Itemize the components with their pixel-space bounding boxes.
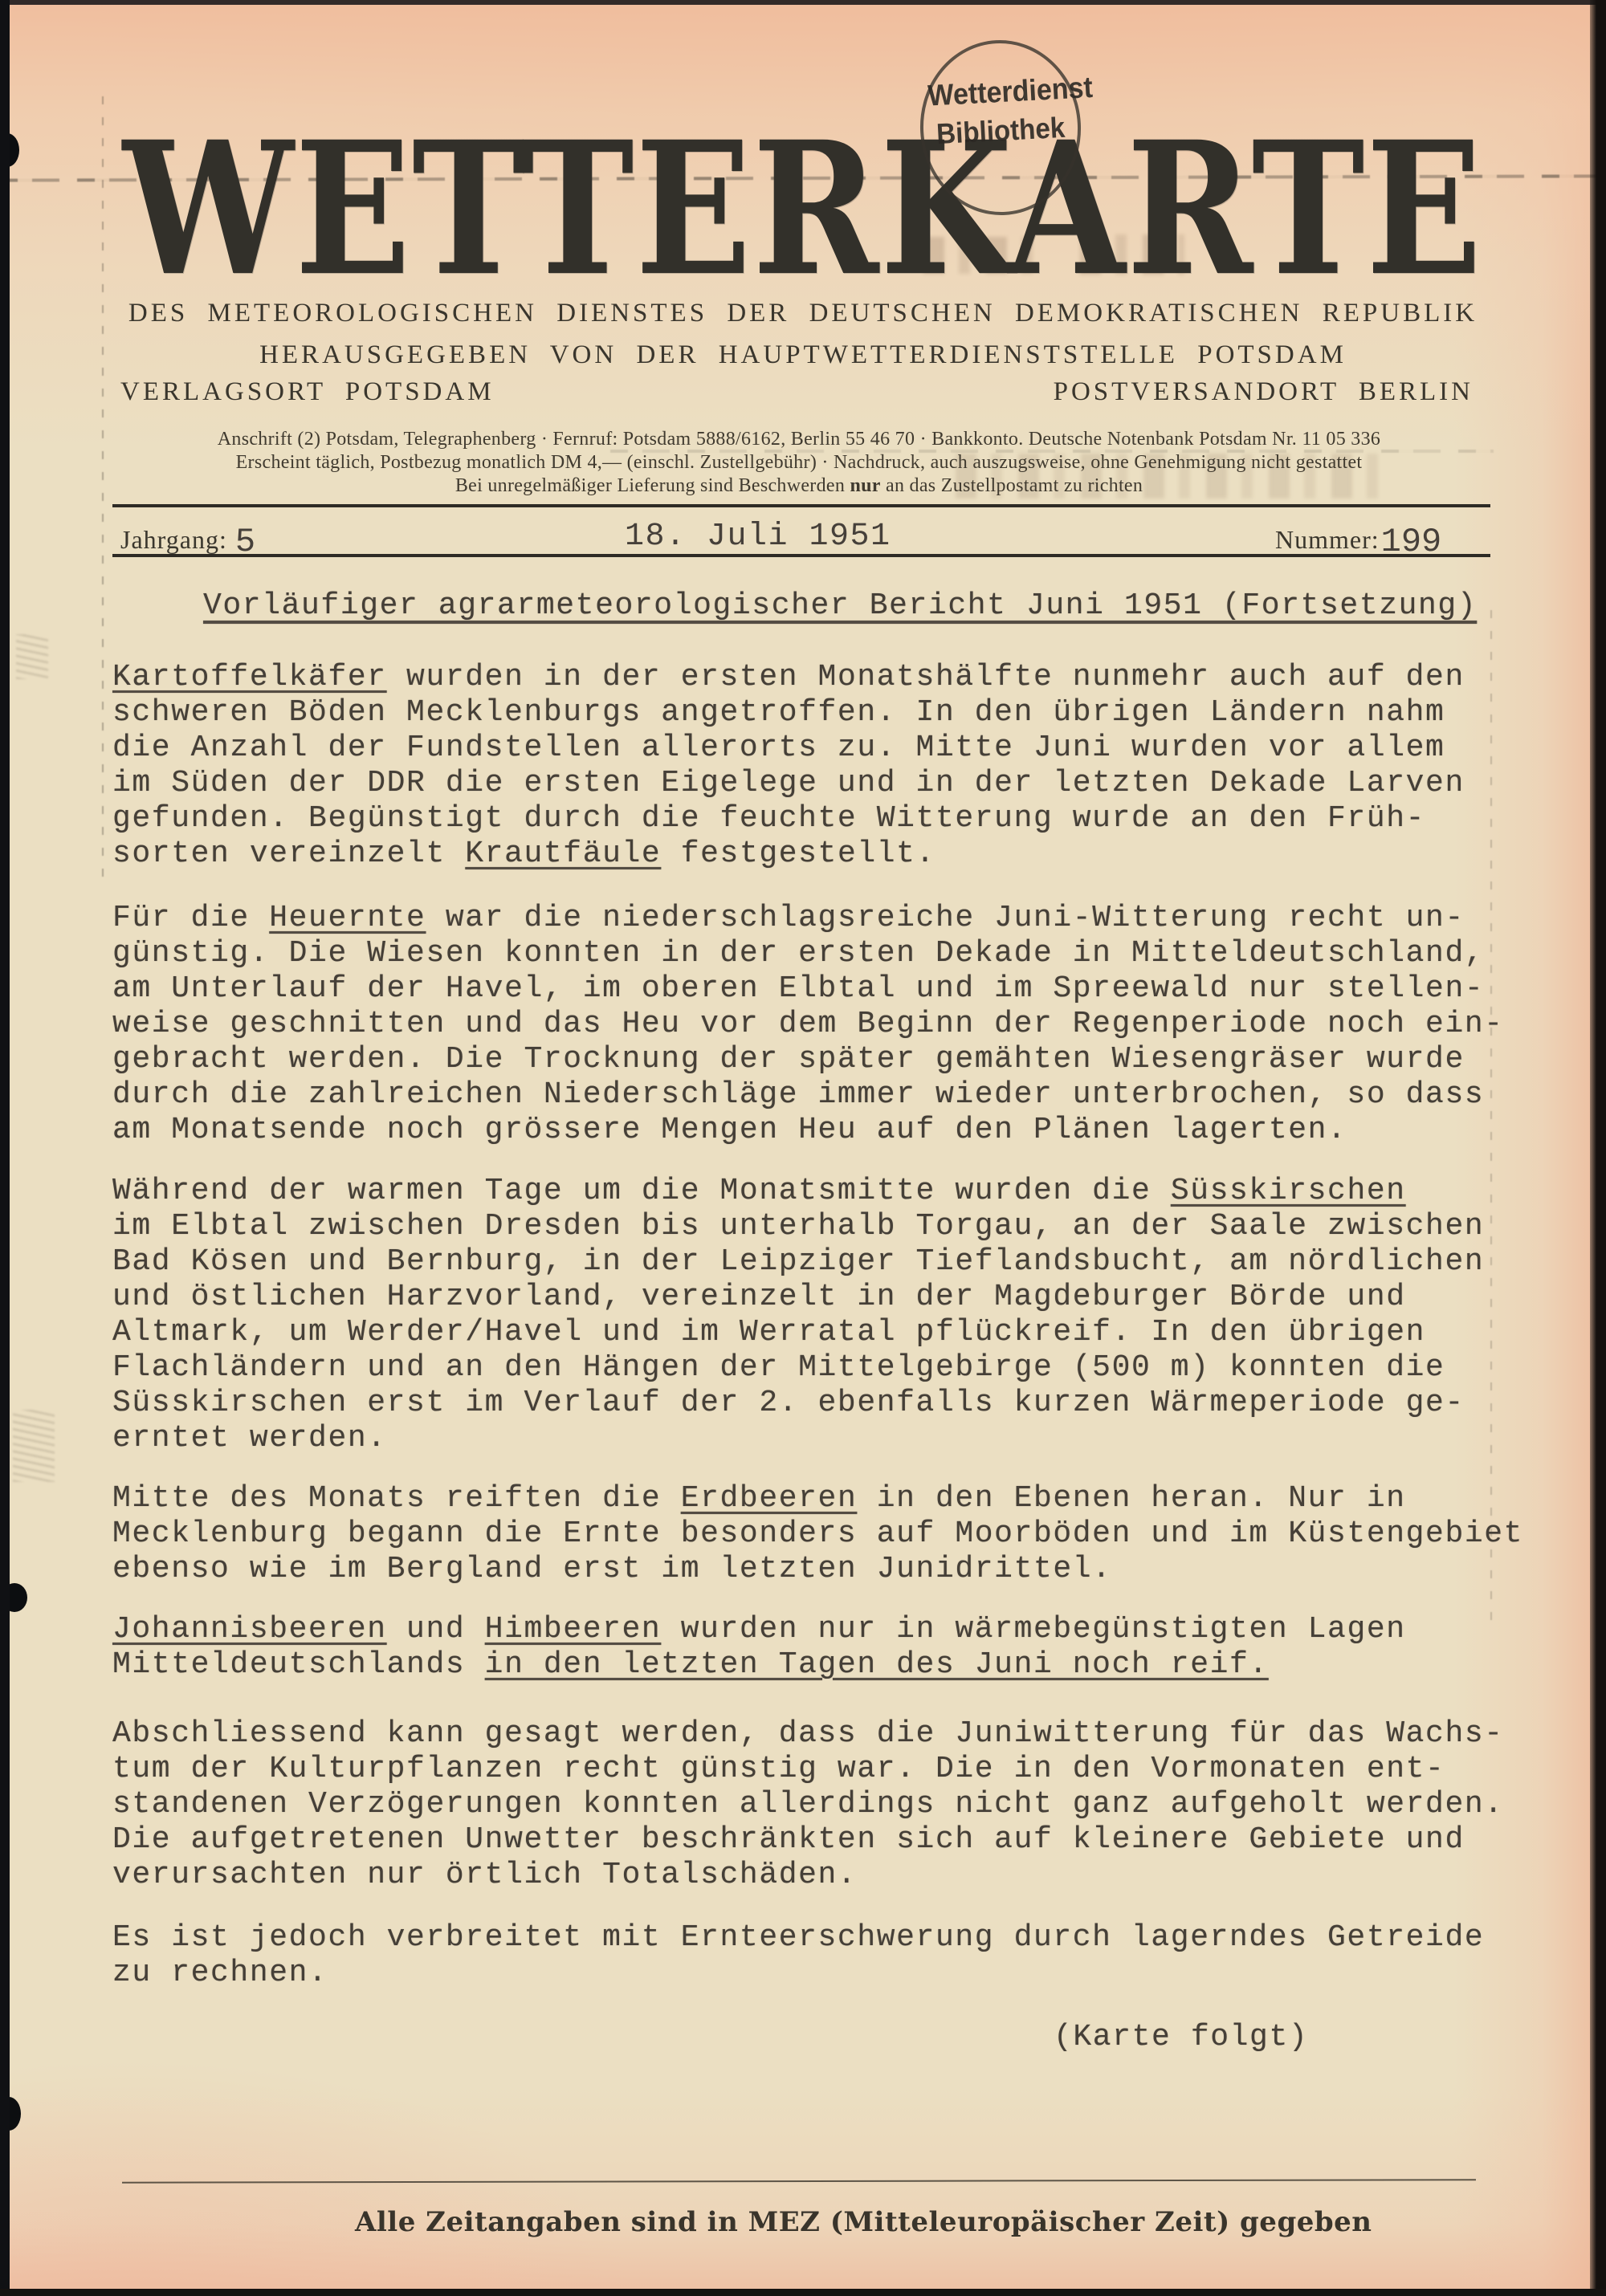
- rule-above-issue-row: [112, 504, 1490, 507]
- paragraph-ernteerschwerung: Es ist jedoch verbreitet mit Ernteerschw…: [112, 1920, 1484, 1991]
- issue-jahrgang: Jahrgang:5: [120, 520, 255, 559]
- masthead-title: WETTERKARTE: [123, 117, 1483, 300]
- paragraph-erdbeeren: Mitte des Monats reiften die Erdbeeren i…: [112, 1481, 1523, 1587]
- masthead-subtitle-2: HERAUSGEGEBEN VON DER HAUPTWETTERDIENSTS…: [0, 340, 1606, 370]
- paragraph-heuernte: Für die Heuernte war die niederschlagsre…: [112, 901, 1504, 1148]
- paragraph-suesskirschen: Während der warmen Tage um die Monatsmit…: [112, 1174, 1484, 1456]
- scanned-document-page: Wetterdienst Bibliothek WETTERKARTE DES …: [0, 0, 1606, 2296]
- masthead-places-row: VERLAGSORT POTSDAM POSTVERSANDORT BERLIN: [120, 377, 1474, 407]
- karte-folgt-note: (Karte folgt): [1054, 2020, 1308, 2054]
- scan-edge-top: [0, 0, 1606, 5]
- report-heading: Vorläufiger agrarmeteorologischer Berich…: [203, 588, 1477, 623]
- issue-nummer: Nummer:199: [1275, 520, 1441, 559]
- imprint-nur-bold: nur: [850, 475, 880, 496]
- scan-edge-left: [0, 0, 10, 2296]
- verlagsort-label: VERLAGSORT POTSDAM: [120, 377, 495, 406]
- scan-edge-right: [1590, 0, 1606, 2296]
- nummer-label: Nummer:: [1275, 525, 1380, 554]
- issue-date: 18. Juli 1951: [625, 519, 891, 555]
- jahrgang-label: Jahrgang:: [120, 525, 227, 554]
- library-stamp-line2: Bibliothek: [929, 110, 1073, 151]
- paragraph-abschliessend: Abschliessend kann gesagt werden, dass d…: [112, 1716, 1504, 1893]
- rule-below-issue-row: [112, 554, 1490, 557]
- footer-rule: [122, 2179, 1476, 2184]
- scan-edge-bottom: [0, 2289, 1606, 2296]
- pencil-mark-margin-1: [13, 1410, 55, 1482]
- footer-note: Alle Zeitangaben sind in MEZ (Mitteleuro…: [355, 2206, 1372, 2238]
- paragraph-johannisbeeren: Johannisbeeren und Himbeeren wurden nur …: [112, 1612, 1406, 1683]
- paragraph-kartoffelkaefer: Kartoffelkäfer wurden in der ersten Mona…: [112, 660, 1465, 872]
- imprint-line-1: Anschrift (2) Potsdam, Telegraphenberg ·…: [0, 429, 1598, 450]
- masthead-subtitle-1: DES METEOROLOGISCHEN DIENSTES DER DEUTSC…: [0, 299, 1606, 328]
- postversandort-label: POSTVERSANDORT BERLIN: [1054, 377, 1474, 407]
- imprint-line-2: Erscheint täglich, Postbezug monatlich D…: [0, 452, 1598, 474]
- pencil-mark-margin-2: [16, 634, 48, 679]
- imprint-line-3: Bei unregelmäßiger Lieferung sind Beschw…: [0, 475, 1598, 497]
- library-stamp-line1: Wetterdienst: [927, 71, 1070, 112]
